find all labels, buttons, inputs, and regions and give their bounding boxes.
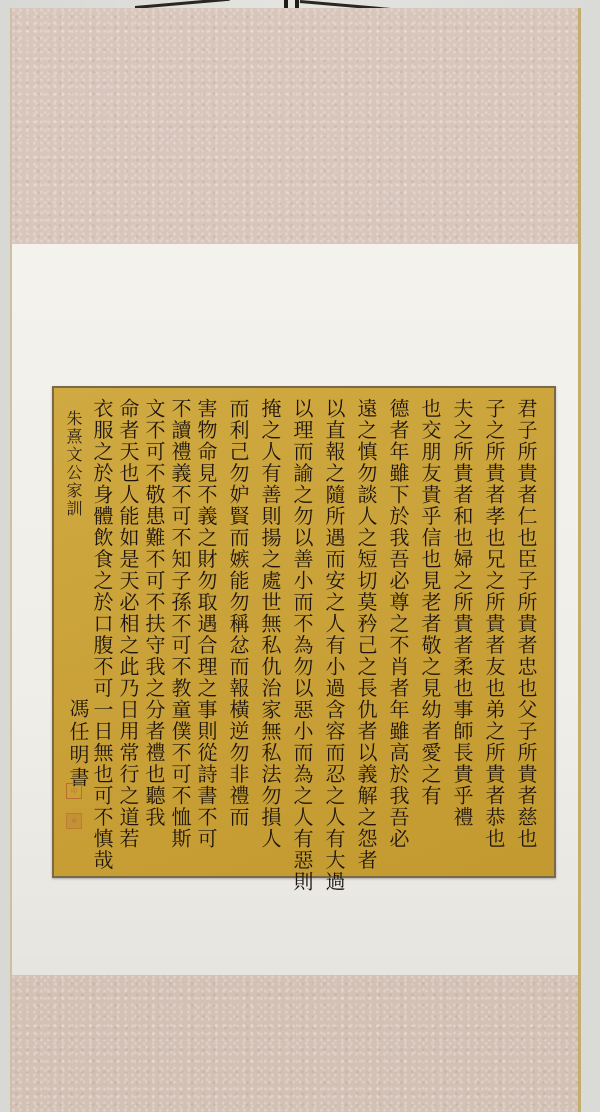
upper-silk-mount — [12, 8, 580, 244]
text-column-11: 害物命見不義之財勿取遇合理之事則從詩書不可 — [196, 398, 216, 850]
text-column-15: 衣服之於身體飲食之於口腹不可一日無也可不慎哉 — [92, 398, 112, 871]
text-column-4: 也交朋友貴乎信也見老者敬之見幼者愛之有 — [420, 398, 440, 807]
text-column-14: 命者天也人能如是天必相之此乃日用常行之道若 — [118, 398, 138, 850]
artist-signature: 馮任明書 — [64, 698, 93, 790]
title-inscription: 朱熹文公家訓 — [62, 410, 85, 518]
paper-mount: 君子所貴者仁也臣子所貴者忠也父子所貴者慈也 子之所貴者孝也兄之所貴者友也弟之所貴… — [12, 244, 580, 975]
calligraphy-panel: 君子所貴者仁也臣子所貴者忠也父子所貴者慈也 子之所貴者孝也兄之所貴者友也弟之所貴… — [52, 386, 556, 878]
lower-silk-mount — [12, 975, 580, 1112]
text-column-13: 文不可不敬患難不可不扶守我之分者禮也聽我 — [144, 398, 164, 828]
text-column-1: 君子所貴者仁也臣子所貴者忠也父子所貴者慈也 — [516, 398, 536, 850]
seal-stamp-icon: 印 — [66, 783, 82, 799]
text-column-12: 不讀禮義不可不知子孫不可不教童僕不可不恤斯 — [170, 398, 190, 850]
text-column-7: 以直報之隨所遇而安之人有小過含容而忍之人有大過 — [324, 398, 344, 893]
text-column-3: 夫之所貴者和也婦之所貴者柔也事師長貴乎禮 — [452, 398, 472, 828]
hanging-scroll: 君子所貴者仁也臣子所貴者忠也父子所貴者慈也 子之所貴者孝也兄之所貴者友也弟之所貴… — [12, 8, 580, 1112]
text-column-8: 以理而諭之勿以善小而不為勿以惡小而為之人有惡則 — [292, 398, 312, 893]
text-column-5: 德者年雖下於我吾必尊之不肖者年雖高於我吾必 — [388, 398, 408, 850]
text-column-6: 遠之慎勿談人之短切莫矜己之長仇者以義解之怨者 — [356, 398, 376, 871]
seal-stamp-icon: 章 — [66, 813, 82, 829]
text-column-9: 掩之人有善則揚之處世無私仇治家無私法勿損人 — [260, 398, 280, 850]
scroll-edge-right — [578, 8, 581, 1112]
text-column-10: 而利己勿妒賢而嫉能勿稱忿而報橫逆勿非禮而 — [228, 398, 248, 828]
text-column-2: 子之所貴者孝也兄之所貴者友也弟之所貴者恭也 — [484, 398, 504, 850]
